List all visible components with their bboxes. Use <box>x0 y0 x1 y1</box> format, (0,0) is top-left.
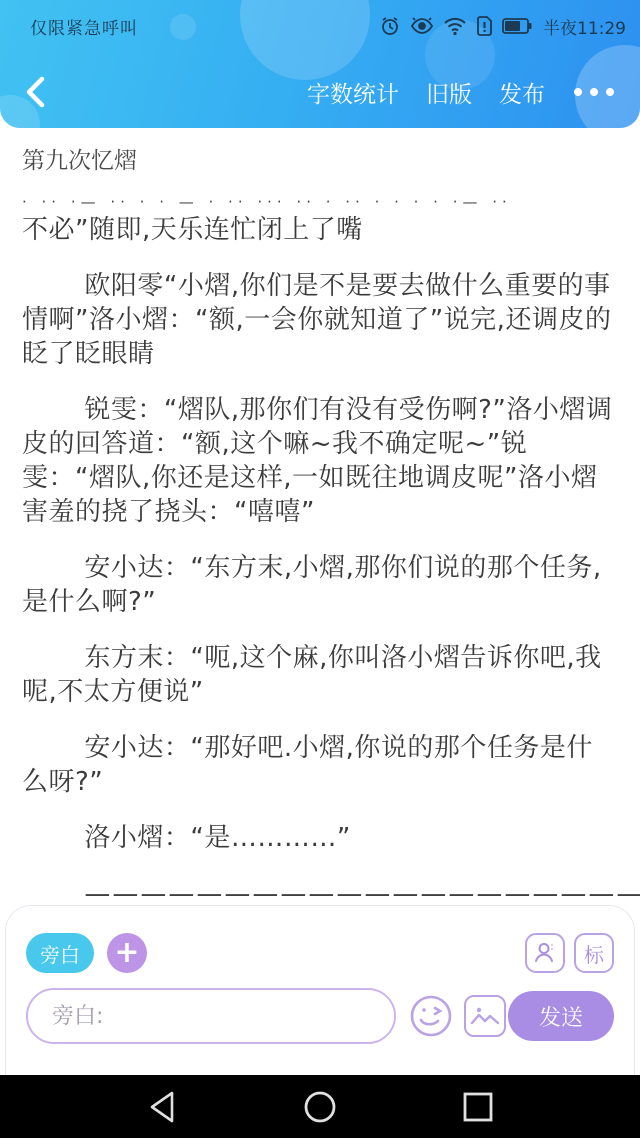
app-screen: 仅限紧急呼叫 <box>0 0 640 1138</box>
clipped-previous-line: · ·· ·— ·· · · — · ·· ··· ·· · ·· · · · … <box>22 193 616 206</box>
publish-button[interactable]: 发布 <box>499 76 545 109</box>
story-paragraph: 不必”随即,天乐连忙闭上了嘴 <box>22 213 616 247</box>
header: 仅限紧急呼叫 <box>0 0 640 128</box>
composer-panel: 旁白 + 标 <box>5 905 635 1075</box>
add-role-button[interactable]: + <box>107 933 147 973</box>
chapter-title: 第九次忆熠 <box>22 142 616 175</box>
scene-divider: ———————————————————— <box>22 877 616 905</box>
clock-text: 半夜11:29 <box>543 14 626 39</box>
send-button[interactable]: 发送 <box>508 991 614 1041</box>
tag-button[interactable]: 标 <box>574 933 614 973</box>
tag-button-label: 标 <box>584 939 604 968</box>
android-navigation-bar <box>0 1075 640 1138</box>
story-paragraph: 锐雯：“熠队,那你们有没有受伤啊?”洛小熠调皮的回答道：“额,这个嘛~我不确定呢… <box>22 393 616 529</box>
picture-icon[interactable] <box>464 995 506 1037</box>
wifi-icon <box>443 16 467 36</box>
wink-emoji-icon[interactable] <box>408 993 454 1039</box>
alarm-icon <box>379 15 401 37</box>
sim-alert-icon <box>476 15 493 37</box>
character-card-icon[interactable] <box>525 933 565 973</box>
role-tag-button[interactable]: 旁白 <box>26 933 94 973</box>
eye-protect-icon <box>410 15 434 37</box>
story-content[interactable]: 第九次忆熠 · ·· ·— ·· · · — · ·· ··· ·· · ·· … <box>0 128 640 905</box>
recents-square-icon[interactable] <box>454 1083 502 1131</box>
story-paragraph: 洛小熠：“是…………” <box>22 821 616 855</box>
story-paragraph: 安小达：“那好吧.小熠,你说的那个任务是什么呀?” <box>22 731 616 799</box>
narration-input[interactable] <box>26 988 396 1044</box>
nav-bar: 字数统计 旧版 发布 <box>0 66 640 118</box>
status-bar: 仅限紧急呼叫 <box>0 8 640 44</box>
word-count-button[interactable]: 字数统计 <box>307 76 399 109</box>
battery-icon <box>502 17 532 35</box>
story-paragraph: 欧阳零“小熠,你们是不是要去做什么重要的事情啊”洛小熠：“额,一会你就知道了”说… <box>22 269 616 371</box>
home-circle-icon[interactable] <box>296 1083 344 1131</box>
story-paragraph: 东方末：“呃,这个麻,你叫洛小熠告诉你吧,我呢,不太方便说” <box>22 641 616 709</box>
carrier-text: 仅限紧急呼叫 <box>30 14 138 39</box>
back-button[interactable] <box>24 75 58 109</box>
story-paragraph: 安小达：“东方末,小熠,那你们说的那个任务,是什么啊?” <box>22 551 616 619</box>
old-version-button[interactable]: 旧版 <box>426 76 472 109</box>
more-dots-icon[interactable] <box>572 84 616 100</box>
back-triangle-icon[interactable] <box>138 1083 186 1131</box>
